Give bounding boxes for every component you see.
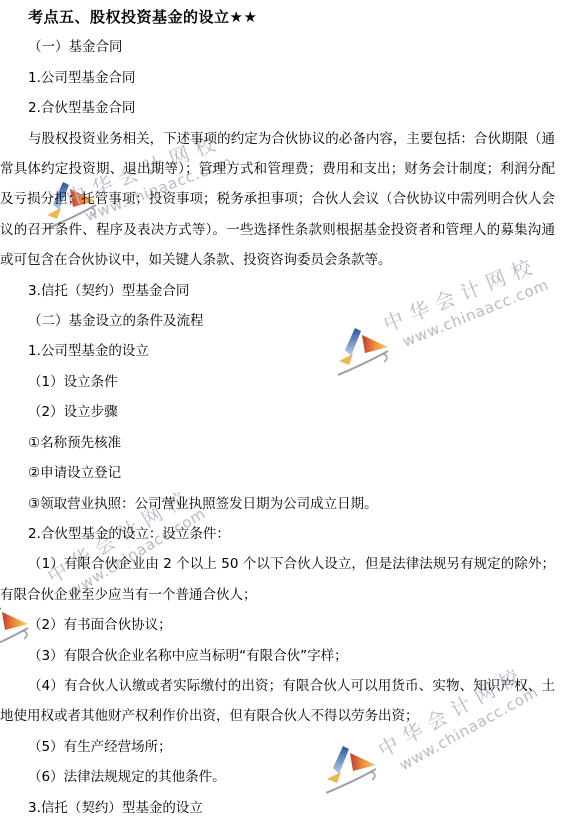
paragraph: （3）有限合伙企业名称中应当标明“有限合伙”字样；: [0, 641, 555, 671]
paragraph: 3.信托（契约）型基金合同: [0, 276, 555, 306]
document-page: 中华会计网校 www.chinaacc.com 中华会计网校 www.china…: [0, 0, 565, 828]
paragraph: （4）有合伙人认缴或者实际缴付的出资；有限合伙人可以用货币、实物、知识产权、土地…: [0, 671, 555, 732]
paragraph: 2.合伙型基金合同: [0, 93, 555, 123]
paragraph: 1.公司型基金的设立: [0, 336, 555, 366]
paragraph: （一）基金合同: [0, 32, 555, 62]
paragraph: ②申请设立登记: [0, 458, 555, 488]
paragraph: （二）基金设立的条件及流程: [0, 306, 555, 336]
paragraph: （1）有限合伙企业由 2 个以上 50 个以下合伙人设立，但是法律法规另有规定的…: [0, 549, 555, 610]
paragraph: 2.合伙型基金的设立：设立条件：: [0, 519, 555, 549]
doc-title: 考点五、股权投资基金的设立★★: [0, 2, 555, 32]
paragraph: （2）设立步骤: [0, 397, 555, 427]
paragraph: 3.信托（契约）型基金的设立: [0, 793, 555, 823]
paragraph: （6）法律法规规定的其他条件。: [0, 762, 555, 792]
paragraph: 与股权投资业务相关，下述事项的约定为合伙协议的必备内容，主要包括：合伙期限（通常…: [0, 124, 555, 276]
paragraph: （2）有书面合伙协议；: [0, 610, 555, 640]
paragraph: （1）设立条件: [0, 367, 555, 397]
paragraph: （5）有生产经营场所；: [0, 732, 555, 762]
paragraph: ①名称预先核准: [0, 428, 555, 458]
document-body: 考点五、股权投资基金的设立★★ （一）基金合同 1.公司型基金合同 2.合伙型基…: [0, 2, 555, 823]
paragraph: ③领取营业执照：公司营业执照签发日期为公司成立日期。: [0, 489, 555, 519]
paragraph: 1.公司型基金合同: [0, 63, 555, 93]
